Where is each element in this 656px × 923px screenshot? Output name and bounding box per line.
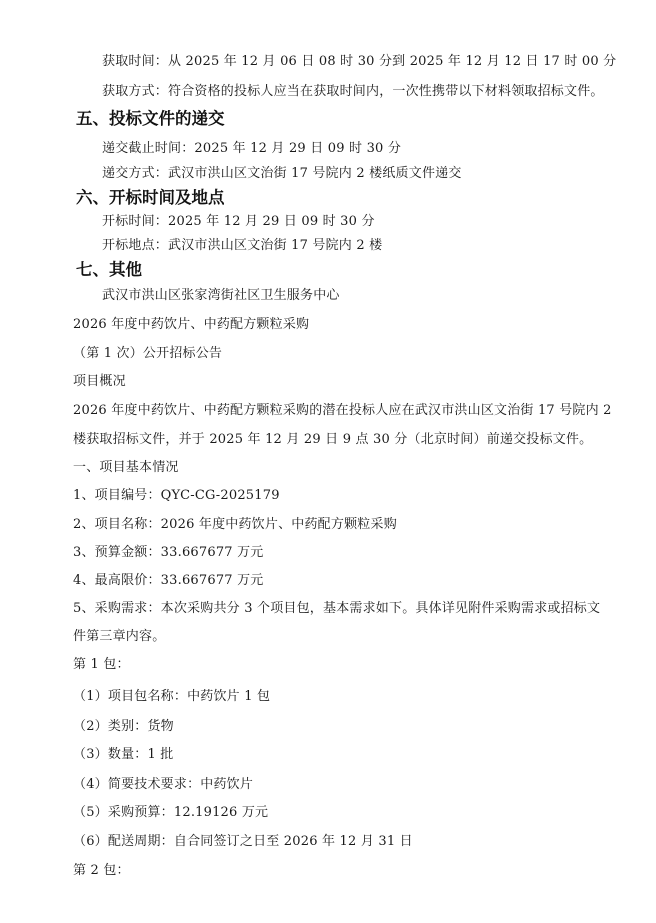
item-max-price: 4、最高限价：33.667677 万元 — [73, 573, 264, 589]
package-1-budget: （5）采购预算：12.19126 万元 — [73, 805, 268, 821]
bid-opening-place-text: 开标地点：武汉市洪山区文治街 17 号院内 2 楼 — [102, 238, 382, 254]
section-7-heading: 七、其他 — [76, 260, 142, 280]
overview-label: 项目概况 — [73, 374, 126, 390]
obtain-method-text: 获取方式：符合资格的投标人应当在获取时间内，一次性携带以下材料领取招标文件。 — [102, 84, 604, 100]
item-procurement-demand: 5、采购需求：本次采购共分 3 个项目包，基本需求如下。具体详见附件采购需求或招… — [73, 601, 600, 617]
item-procurement-demand-cont: 件第三章内容。 — [73, 629, 165, 645]
package-1-quantity: （3）数量：1 批 — [73, 747, 173, 763]
overview-text-line1: 2026 年度中药饮片、中药配方颗粒采购的潜在投标人应在武汉市洪山区文治街 17… — [73, 403, 612, 419]
submission-method-text: 递交方式：武汉市洪山区文治街 17 号院内 2 楼纸质文件递交 — [102, 166, 462, 182]
organization-name: 武汉市洪山区张家湾街社区卫生服务中心 — [102, 288, 340, 304]
item-budget-amount: 3、预算金额：33.667677 万元 — [73, 545, 264, 561]
overview-text-line2: 楼获取招标文件，并于 2025 年 12 月 29 日 9 点 30 分（北京时… — [73, 432, 592, 448]
package-1-tech-requirements: （4）简要技术要求：中药饮片 — [73, 777, 253, 793]
package-1-name: （1）项目包名称：中药饮片 1 包 — [73, 689, 270, 705]
bid-opening-time-text: 开标时间：2025 年 12 月 29 日 09 时 30 分 — [102, 214, 375, 230]
document-page: 获取时间：从 2025 年 12 月 06 日 08 时 30 分到 2025 … — [0, 0, 656, 923]
package-1-delivery-period: （6）配送周期：自合同签订之日至 2026 年 12 月 31 日 — [73, 834, 413, 850]
obtain-time-text: 获取时间：从 2025 年 12 月 06 日 08 时 30 分到 2025 … — [102, 54, 616, 70]
package-2-label: 第 2 包： — [73, 863, 130, 879]
item-project-number: 1、项目编号：QYC-CG-2025179 — [73, 488, 280, 504]
package-1-category: （2）类别：货物 — [73, 719, 174, 735]
submission-deadline-text: 递交截止时间：2025 年 12 月 29 日 09 时 30 分 — [102, 141, 401, 157]
section-6-heading: 六、开标时间及地点 — [76, 188, 225, 208]
item-project-name: 2、项目名称：2026 年度中药饮片、中药配方颗粒采购 — [73, 517, 397, 533]
package-1-label: 第 1 包： — [73, 657, 130, 673]
section-5-heading: 五、投标文件的递交 — [76, 109, 225, 129]
notice-title-line1: 2026 年度中药饮片、中药配方颗粒采购 — [73, 317, 309, 333]
notice-title-line2: （第 1 次）公开招标公告 — [73, 346, 222, 362]
basic-info-heading: 一、项目基本情况 — [73, 460, 179, 476]
